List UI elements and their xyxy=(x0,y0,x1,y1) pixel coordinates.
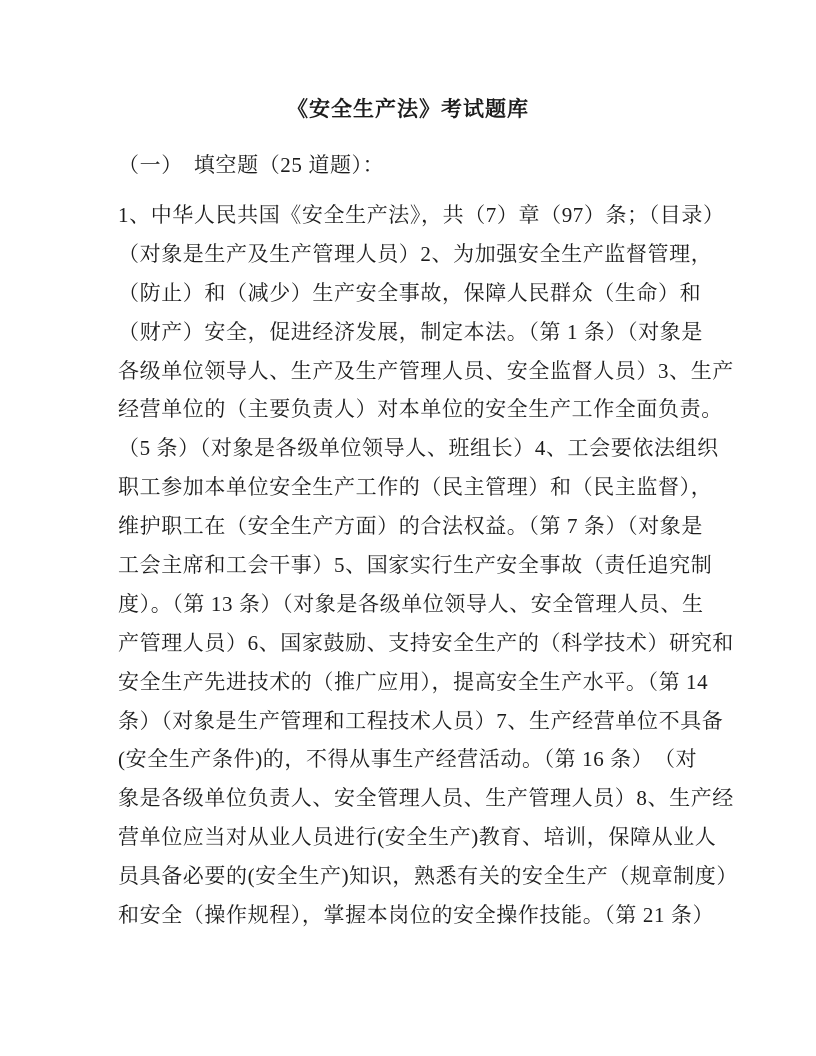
paragraph-line: （防止）和（减少）生产安全事故，保障人民群众（生命）和 xyxy=(118,274,718,313)
paragraph-line: 1、中华人民共国《安全生产法》，共（7）章（97）条；（目录） xyxy=(118,196,718,235)
paragraph-line: 职工参加本单位安全生产工作的（民主管理）和（民主监督）， xyxy=(118,468,718,507)
document-title: 《安全生产法》考试题库 xyxy=(0,93,816,123)
paragraph-line: 度）。（第 13 条）（对象是各级单位领导人、安全管理人员、生 xyxy=(118,585,718,624)
paragraph-line: 经营单位的（主要负责人）对本单位的安全生产工作全面负责。 xyxy=(118,390,718,429)
paragraph-line: （5 条）（对象是各级单位领导人、班组长）4、工会要依法组织 xyxy=(118,429,718,468)
paragraph-line: 安全生产先进技术的（推广应用），提高安全生产水平。（第 14 xyxy=(118,663,718,702)
paragraph-line: 营单位应当对从业人员进行(安全生产)教育、培训，保障从业人 xyxy=(118,818,718,857)
paragraph-line: 工会主席和工会干事）5、国家实行生产安全事故（责任追究制 xyxy=(118,546,718,585)
paragraph-line: 象是各级单位负责人、安全管理人员、生产管理人员）8、生产经 xyxy=(118,779,718,818)
paragraph-line: 产管理人员）6、国家鼓励、支持安全生产的（科学技术）研究和 xyxy=(118,624,718,663)
paragraph-line: （对象是生产及生产管理人员）2、为加强安全生产监督管理， xyxy=(118,235,718,274)
paragraph-line: 条）（对象是生产管理和工程技术人员）7、生产经营单位不具备 xyxy=(118,702,718,741)
paragraph-line: (安全生产条件)的，不得从事生产经营活动。（第 16 条） （对 xyxy=(118,740,718,779)
paragraph-line: 和安全（操作规程），掌握本岗位的安全操作技能。（第 21 条） xyxy=(118,896,718,935)
paragraph-line: （财产）安全，促进经济发展，制定本法。（第 1 条）（对象是 xyxy=(118,313,718,352)
fill-in-blank-paragraph: 1、中华人民共国《安全生产法》，共（7）章（97）条；（目录） （对象是生产及生… xyxy=(118,196,718,935)
paragraph-line: 员具备必要的(安全生产)知识，熟悉有关的安全生产（规章制度） xyxy=(118,857,718,896)
paragraph-line: 维护职工在（安全生产方面）的合法权益。（第 7 条）（对象是 xyxy=(118,507,718,546)
section-heading: （一） 填空题（25 道题）： xyxy=(118,149,384,179)
document-page: 《安全生产法》考试题库 （一） 填空题（25 道题）： 1、中华人民共国《安全生… xyxy=(0,0,816,1056)
paragraph-line: 各级单位领导人、生产及生产管理人员、安全监督人员）3、生产 xyxy=(118,352,718,391)
